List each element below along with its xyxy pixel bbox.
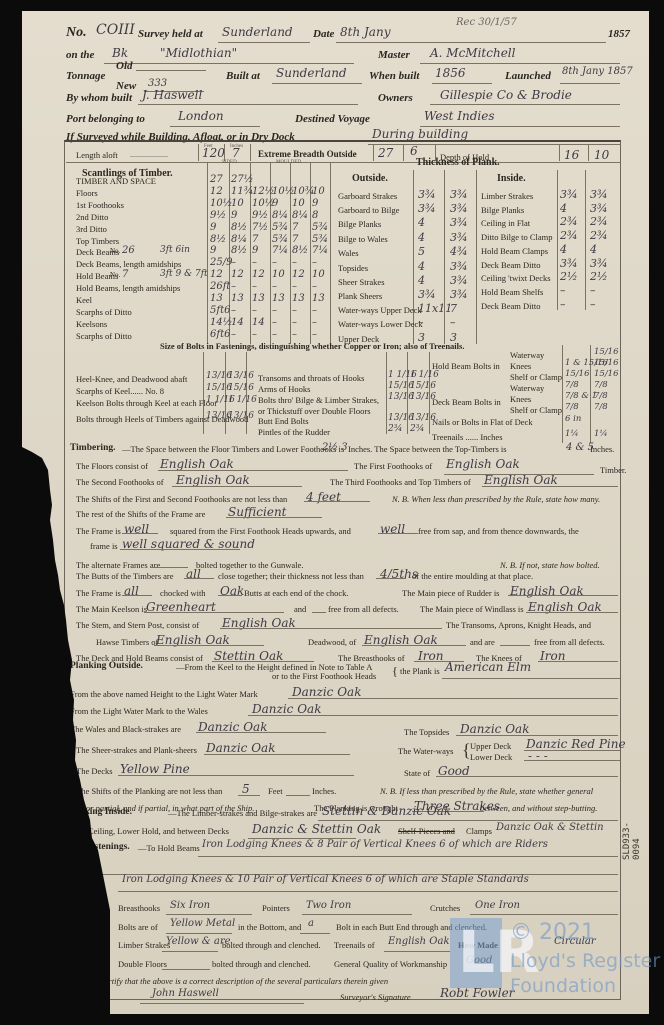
wales-from-label: From the Light Water Mark to the Wales xyxy=(70,706,208,716)
inside-plank-ship: 4 xyxy=(560,243,567,256)
underline xyxy=(144,612,284,613)
underline xyxy=(312,612,326,613)
first-foothooks-label: The First Foothooks of xyxy=(354,461,432,471)
scantling-value: – xyxy=(252,305,257,316)
clamps-value: Danzic Oak & Stettin xyxy=(496,822,604,833)
date-value: 8th Jany xyxy=(340,25,390,39)
treenails-value: English Oak xyxy=(388,936,450,947)
scantling-value: 5¾ xyxy=(312,222,328,233)
underline xyxy=(118,891,618,892)
divider xyxy=(250,144,251,161)
scantling-value: 6ft6 xyxy=(210,329,230,340)
bolt-ship: 7/8 & 1 xyxy=(565,391,597,401)
surveyed-value: During building xyxy=(372,127,468,141)
scantling-value: 9 xyxy=(210,222,216,233)
underline xyxy=(226,517,322,518)
voyage-value: West Indies xyxy=(424,109,495,123)
scantling-value: 9 xyxy=(272,198,278,209)
outside-plank-label: Topsides xyxy=(338,263,368,273)
outside-plank-rule: 3¾ xyxy=(450,260,468,273)
scantling-label: Scarphs of Ditto xyxy=(76,307,132,317)
wales-from-value: Danzic Oak xyxy=(252,702,321,716)
frame-label-2: squared from the First Foothook Heads up… xyxy=(170,526,351,536)
lower-deck-label: Lower Deck xyxy=(470,752,512,762)
outside-plank-rule: 3¾ xyxy=(450,188,468,201)
scantling-value: – xyxy=(312,281,317,292)
scantling-value: 14 xyxy=(231,317,244,328)
light-water-label: From the above named Height to the Light… xyxy=(70,689,258,699)
underline xyxy=(288,698,618,699)
scantling-value: – xyxy=(231,257,236,268)
plank-title: Thickness of Plank. xyxy=(416,157,500,168)
rest-shifts-label: The rest of the Shifts of the Frame are xyxy=(76,509,205,519)
planking-inside-title: Planking Inside. xyxy=(66,807,132,817)
inside-plank-ship: 2¾ xyxy=(560,215,578,228)
voyage-label: Destined Voyage xyxy=(295,113,370,125)
scantling-value: 5¾ xyxy=(272,234,288,245)
built-at-value: Sunderland xyxy=(276,66,347,80)
divider xyxy=(66,162,621,163)
outside-title: Outside. xyxy=(352,173,388,184)
underline xyxy=(508,595,618,596)
scantling-value: – xyxy=(252,257,257,268)
underline xyxy=(456,735,618,736)
bolt-rule: 2¾ xyxy=(410,424,424,434)
bolt-label: Transoms and throats of Hooks xyxy=(258,373,364,383)
scantling-value: – xyxy=(272,317,277,328)
third-foothooks-value: English Oak xyxy=(484,473,558,487)
timbering-space-text-1: —The Space between the Floor Timbers and… xyxy=(122,444,344,454)
bolt-rule: 15/16 xyxy=(410,381,436,391)
scantling-label: Top Timbers xyxy=(76,236,119,246)
shelf-pieces-label: Shelf-Pieces and xyxy=(398,826,455,836)
scantling-value: 9½ xyxy=(252,210,268,221)
timber-label: Timber. xyxy=(600,465,626,475)
wales-label: The Wales and Black-strakes are xyxy=(70,724,181,734)
crutches-label: Crutches xyxy=(430,903,460,913)
surveyor-label: Surveyor's Signature xyxy=(340,992,411,1002)
quality-label: General Quality of Workmanship xyxy=(334,959,447,969)
underline xyxy=(362,645,466,646)
inside-plank-ship: – xyxy=(560,298,566,311)
underline xyxy=(524,760,620,761)
scantling-label: Keel xyxy=(76,295,92,305)
hold-beams-label: —To Hold Beams xyxy=(138,843,200,853)
ship-name: "Midlothian" xyxy=(160,46,237,60)
underline xyxy=(138,104,358,105)
nb-1: N. B. If less than prescribed by the Rul… xyxy=(380,786,593,796)
keelson-and: and xyxy=(294,604,306,614)
inside-plank-rule: 3¾ xyxy=(590,257,608,270)
underline xyxy=(538,661,618,662)
waterways-label: The Water-ways xyxy=(398,746,453,756)
divider xyxy=(413,170,414,344)
rudder-label: The Main piece of Rudder is xyxy=(402,588,499,598)
inside-plank-rule: 2¾ xyxy=(590,229,608,242)
space-value-1: 2½ 3 xyxy=(322,442,348,453)
underline xyxy=(444,474,594,475)
scantling-value: 9 xyxy=(252,245,258,256)
certification-text: I certify that the above is a correct de… xyxy=(96,976,388,986)
frame-label-1: The Frame is xyxy=(76,526,121,536)
bolt-rule: 7/8 xyxy=(594,380,608,390)
bolt-label: Shelf or Clamp xyxy=(510,372,562,382)
third-foothooks-label: The Third Foothooks and Top Timbers of xyxy=(330,477,471,487)
scantling-label: TIMBER AND SPACE xyxy=(76,176,156,186)
divider xyxy=(562,345,563,443)
breadth-label: Extreme Breadth Outside xyxy=(258,149,357,159)
length-inches: 7 xyxy=(232,146,240,160)
underline xyxy=(136,70,206,71)
chocked-label-1: The Frame is xyxy=(76,588,121,598)
plank-value: American Elm xyxy=(445,660,531,674)
stem-label: The Stem, and Stern Post, consist of xyxy=(76,620,199,630)
keel-text-2: or to the First Foothook Heads xyxy=(272,671,376,681)
bolt-label: Arms of Hooks xyxy=(258,384,310,394)
bolt-label: Bolts thro' Bilge & Limber Strakes, or T… xyxy=(258,395,386,417)
scantling-value: 12 xyxy=(210,269,223,280)
scantling-value: 8½ xyxy=(231,245,247,256)
bolt-label: Heel-Knee, and Deadwood abaft xyxy=(76,374,187,384)
scantling-value: 14 xyxy=(252,317,265,328)
underline xyxy=(336,42,606,43)
keelson-label: The Main Keelson is xyxy=(76,604,147,614)
limber-value: Stettin & Danzic Oak xyxy=(322,804,451,818)
underline xyxy=(140,1003,304,1004)
outside-plank-rule: 4¾ xyxy=(450,245,468,258)
outside-plank-rule: 3¾ xyxy=(450,202,468,215)
bolts-value: Yellow Metal xyxy=(170,918,235,929)
scantling-label: 1st Foothooks xyxy=(76,200,124,210)
average-space: 3ft 6in xyxy=(160,245,190,255)
scantling-value: 10½ xyxy=(210,198,232,209)
scantling-label: Scarphs of Ditto xyxy=(76,331,132,341)
bolt-ship: 2¾ xyxy=(388,424,402,434)
underline xyxy=(442,678,620,679)
underline xyxy=(300,933,330,934)
frame-label-3: free from sap, and from thence downwards… xyxy=(418,526,579,536)
bolt-ship: 1¼ xyxy=(565,429,579,439)
scantling-value: 8¼ xyxy=(272,210,288,221)
scantling-value: 7 xyxy=(292,234,298,245)
scantling-value: – xyxy=(231,329,236,340)
divider xyxy=(444,170,445,344)
underline xyxy=(118,775,354,776)
ceiling-value: Danzic & Stettin Oak xyxy=(252,822,381,836)
outside-plank-label: Bilge to Wales xyxy=(338,234,388,244)
fast-limber-label: Limber Strakes xyxy=(118,940,170,950)
scantling-value: – xyxy=(292,329,297,340)
scantling-value: 10 xyxy=(312,269,325,280)
launched-label: Launched xyxy=(505,70,551,82)
divider xyxy=(476,170,477,344)
fast-breasthooks-value: Six Iron xyxy=(170,900,210,911)
outside-plank-rule: 3¾ xyxy=(450,231,468,244)
underline xyxy=(162,951,218,952)
underline xyxy=(560,83,620,84)
outside-plank-rule: 7 xyxy=(450,302,457,315)
second-foothooks-value: English Oak xyxy=(176,473,250,487)
inside-plank-label: Limber Strakes xyxy=(481,191,533,201)
state-label: State of xyxy=(404,768,430,778)
beam-count: 7 xyxy=(122,269,128,280)
scantling-value: 25/9 xyxy=(210,257,232,268)
scantling-value: – xyxy=(292,305,297,316)
shifts-label: The Shifts of the First and Second Footh… xyxy=(76,494,287,504)
floors-label: The Floors consist of xyxy=(76,461,148,471)
deadwood-free: and are xyxy=(470,637,495,647)
bolt-label: Scarphs of Keel...... No. 8 xyxy=(76,386,164,396)
scantling-value: 7¼ xyxy=(312,245,328,256)
on-the-label: on the xyxy=(66,49,94,61)
ship-type: Bk xyxy=(112,46,128,60)
scantling-value: – xyxy=(272,305,277,316)
underline xyxy=(524,750,620,751)
depth-feet: 16 xyxy=(564,148,579,162)
year: 1857 xyxy=(608,28,630,40)
topsides-value: Danzic Oak xyxy=(460,722,529,736)
inside-plank-label: Ditto Bilge to Clamp xyxy=(481,232,553,242)
scantling-value: – xyxy=(272,257,277,268)
scantling-label: Hold Beams, length amidships xyxy=(76,283,180,293)
underline xyxy=(198,856,618,857)
builder-signature: John Haswell xyxy=(152,988,219,999)
second-foothooks-label: The Second Foothooks of xyxy=(76,477,164,487)
bolt-label: Butt End Bolts xyxy=(258,416,309,426)
bolts-title: Size of Bolts in Fastenings, distinguish… xyxy=(160,341,464,351)
underline xyxy=(204,754,350,755)
bolt-rule: 1¼ xyxy=(594,429,608,439)
bolt-rule: 15/16 xyxy=(594,347,619,357)
scantling-value: 10 xyxy=(231,198,244,209)
inside-plank-ship: – xyxy=(560,284,566,297)
bolt-rule: 15/16 xyxy=(594,358,619,368)
underline xyxy=(248,715,618,716)
timbering-title: Timbering. xyxy=(70,443,115,453)
alternate-nb: N. B. If not, state how bolted. xyxy=(500,560,600,570)
outside-plank-ship: 4 xyxy=(418,274,425,287)
fast-breasthooks-label: Breasthooks xyxy=(118,903,160,913)
underline xyxy=(162,969,210,970)
inside-plank-label: Ceiling in Flat xyxy=(481,218,530,228)
chocked-label-3: Butts at each end of the chock. xyxy=(244,588,349,598)
outside-plank-label: Plank Sheers xyxy=(338,291,382,301)
scantling-value: – xyxy=(252,281,257,292)
inside-plank-rule: 3¾ xyxy=(590,188,608,201)
scantling-value: – xyxy=(312,257,317,268)
bolts-each: a xyxy=(308,918,314,929)
no-value: COIII xyxy=(96,22,135,38)
watermark-org: Lloyd's Register xyxy=(510,950,660,972)
underline xyxy=(286,795,310,796)
divider xyxy=(559,144,560,161)
average-space: 3ft 9 & 7ft xyxy=(160,269,208,279)
archive-reference: SLD933-0094 xyxy=(622,818,642,860)
scantling-value: 12 xyxy=(231,269,244,280)
surveyor-signature: Robt Fowler xyxy=(440,986,514,1000)
light-water-value: Danzic Oak xyxy=(292,685,361,699)
scantling-value: 10 xyxy=(272,269,285,280)
underline xyxy=(150,567,188,568)
double-floors-tail: bolted through and clenched. xyxy=(212,959,311,969)
scantling-label: 3rd Ditto xyxy=(76,224,107,234)
underline xyxy=(482,486,618,487)
bolt-label: Knees xyxy=(510,361,531,371)
divider xyxy=(386,352,387,434)
breadth-feet: 27 xyxy=(378,146,393,160)
wrought-tail: between, and without step-butting. xyxy=(480,803,597,813)
scantling-label: Floors xyxy=(76,188,98,198)
outside-plank-label: Sheer Strakes xyxy=(338,277,385,287)
scantling-value: 7½ xyxy=(252,222,268,233)
divider xyxy=(330,162,331,344)
scantling-value: – xyxy=(252,329,257,340)
limber-label: —The Limber-strakes and Bilge-strakes ar… xyxy=(168,808,317,818)
scantling-value: 8¼ xyxy=(292,210,308,221)
master-label: Master xyxy=(378,49,410,61)
beam-count: 26 xyxy=(122,245,135,256)
bolt-ship: 7/8 xyxy=(565,402,579,412)
length-label: Length aloft xyxy=(76,150,118,160)
bolt-rule: 15/16 xyxy=(228,383,254,393)
outside-plank-ship: 5 xyxy=(418,245,425,258)
inside-plank-ship: 3¾ xyxy=(560,257,578,270)
no-label: No. xyxy=(110,247,120,255)
ceiling-label: Ceiling, Lower Hold, and between Decks xyxy=(88,826,229,836)
tonnage-new-label: New xyxy=(116,80,136,92)
divider xyxy=(588,144,589,161)
breadth-inches: 6 xyxy=(410,144,418,158)
tonnage-label: Tonnage xyxy=(66,70,105,82)
built-at-label: Built at xyxy=(226,70,260,82)
underline xyxy=(122,533,158,534)
hawse-label: Hawse Timbers of xyxy=(96,637,158,647)
scantling-value: 8½ xyxy=(292,245,308,256)
bolt-label: Shelf or Clamp xyxy=(510,405,562,415)
scantling-value: 13 xyxy=(231,293,244,304)
scantling-value: 10 xyxy=(292,198,305,209)
underline xyxy=(166,914,252,915)
outside-plank-ship: 11x11 xyxy=(418,302,452,315)
bolt-ship: 6 in xyxy=(565,414,581,424)
master-value: A. McMitchell xyxy=(430,46,515,60)
underline xyxy=(238,795,260,796)
underline xyxy=(170,126,260,127)
bolt-rule: 7/8 xyxy=(594,391,608,401)
scantling-value: – xyxy=(292,317,297,328)
scantling-value: 8 xyxy=(312,210,318,221)
scantling-value: – xyxy=(231,281,236,292)
survey-held-label: Survey held at xyxy=(138,28,203,40)
bolt-label: Waterway xyxy=(510,383,544,393)
inside-plank-rule: 4 xyxy=(590,243,597,256)
scantling-value: 12 xyxy=(252,269,265,280)
bolt-label: Nails or Bolts in Flat of Deck xyxy=(432,417,533,427)
scantling-value: 9 xyxy=(312,198,318,209)
fast-limber-value: Yellow & are xyxy=(166,936,231,947)
outside-plank-ship: 4 xyxy=(418,231,425,244)
scantling-value: – xyxy=(312,317,317,328)
inside-plank-ship: 3¾ xyxy=(560,188,578,201)
decks-value: Yellow Pine xyxy=(120,762,190,776)
inside-plank-rule: – xyxy=(590,298,596,311)
underline xyxy=(304,501,370,502)
no-label: No. xyxy=(110,271,120,279)
scantling-value: 13 xyxy=(272,293,285,304)
scantling-value: 8¼ xyxy=(231,234,247,245)
underline xyxy=(120,549,240,550)
topsides-label: The Topsides xyxy=(404,727,449,737)
upper-deck-label: Upper Deck xyxy=(470,741,511,751)
scantling-label: 2nd Ditto xyxy=(76,212,108,222)
inside-plank-label: Deck Beam Ditto xyxy=(481,301,540,311)
alternate-label-2: bolted together to the Gunwale. xyxy=(196,560,303,570)
scantling-value: 13 xyxy=(292,293,305,304)
port-label: Port belonging to xyxy=(66,113,145,125)
planking-outside-title: Planking Outside. xyxy=(70,661,143,671)
when-built-value: 1856 xyxy=(435,66,466,80)
frame-label-4: frame is xyxy=(90,541,118,551)
scantling-value: 13 xyxy=(252,293,265,304)
shifts-feet: 5 xyxy=(242,782,250,796)
scantling-value: – xyxy=(292,281,297,292)
tonnage-old-label: Old xyxy=(116,60,133,72)
pointers-label: Pointers xyxy=(262,903,290,913)
underline xyxy=(436,776,618,777)
inside-plank-rule: – xyxy=(590,284,596,297)
inside-plank-label: Hold Beam Shelfs xyxy=(481,287,543,297)
bolt-rule: 15/16 xyxy=(594,369,619,379)
watermark-org-2: Foundation xyxy=(510,975,616,997)
owners-value: Gillespie Co & Brodie xyxy=(440,88,572,102)
underline xyxy=(384,951,450,952)
bolt-label: Treenails ...... Inches xyxy=(432,432,503,442)
scantling-value: 9½ xyxy=(210,210,226,221)
inside-plank-rule: 2½ xyxy=(590,270,608,283)
bolt-rule: 7/8 xyxy=(594,402,608,412)
timbering-space-text-2: Inches. The Space between the Top-Timber… xyxy=(348,444,507,454)
keelson-free: free from all defects. xyxy=(328,604,399,614)
by-whom-built-value: J. Haswell xyxy=(142,88,202,102)
owners-label: Owners xyxy=(378,92,413,104)
scantling-value: 7¼ xyxy=(272,245,288,256)
divider xyxy=(373,144,374,161)
scantling-value: 12 xyxy=(292,269,305,280)
scantling-value: 7 xyxy=(292,222,298,233)
underline xyxy=(318,820,618,821)
outside-plank-label: Water-ways Lower Deck xyxy=(338,319,423,329)
launched-value: 8th Jany 1857 xyxy=(562,66,633,77)
bolt-label: Knees xyxy=(510,394,531,404)
underline xyxy=(376,578,406,579)
scantling-value: – xyxy=(272,281,277,292)
scantling-value: 13 xyxy=(210,293,223,304)
floors-value: English Oak xyxy=(160,457,234,471)
scantling-value: – xyxy=(312,305,317,316)
outside-plank-label: Garboard to Bilge xyxy=(338,205,399,215)
scantling-value: – xyxy=(272,329,277,340)
inside-title: Inside. xyxy=(497,173,526,184)
length-feet: 120 xyxy=(202,146,225,160)
by-whom-built-label: By whom built xyxy=(66,92,132,104)
outside-plank-rule: 3¾ xyxy=(450,274,468,287)
deadwood-label: Deadwood, of xyxy=(308,637,356,647)
inside-plank-ship: 2½ xyxy=(560,270,578,283)
outside-plank-ship: 4 xyxy=(418,216,425,229)
inside-plank-ship: 2¾ xyxy=(560,229,578,242)
scantling-value: – xyxy=(292,257,297,268)
bolt-rule: 1 1/16 xyxy=(410,370,439,380)
